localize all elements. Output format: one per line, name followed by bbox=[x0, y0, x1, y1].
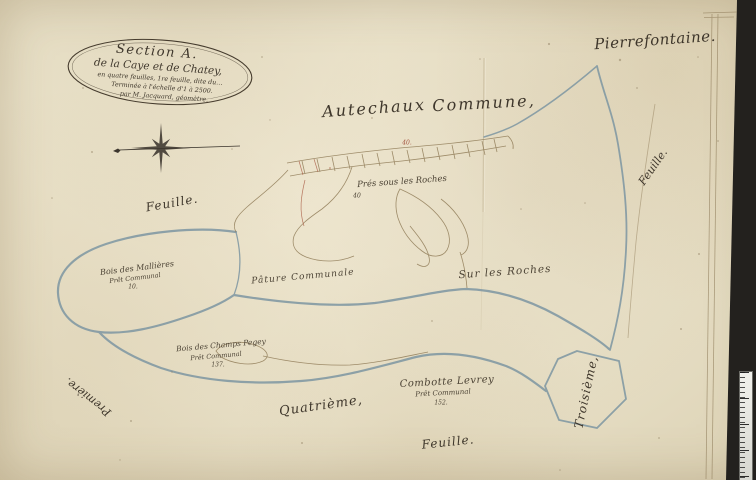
sheet-border-line bbox=[703, 12, 737, 479]
scan-ruler-strip bbox=[739, 371, 753, 480]
parcel-number: 40 bbox=[353, 193, 361, 200]
parcel-number: 137. bbox=[211, 362, 224, 369]
parcel-lines-sepia bbox=[216, 104, 655, 365]
parcel-number: 10. bbox=[128, 284, 138, 291]
boundary-lines-blue bbox=[58, 66, 627, 428]
compass-rose-icon bbox=[113, 123, 240, 173]
parcel-number-red: 40. bbox=[402, 140, 412, 147]
parcel-number: 152. bbox=[434, 400, 447, 407]
scanned-map-page: Section A. de la Caye et de Chatey, en q… bbox=[0, 0, 756, 480]
